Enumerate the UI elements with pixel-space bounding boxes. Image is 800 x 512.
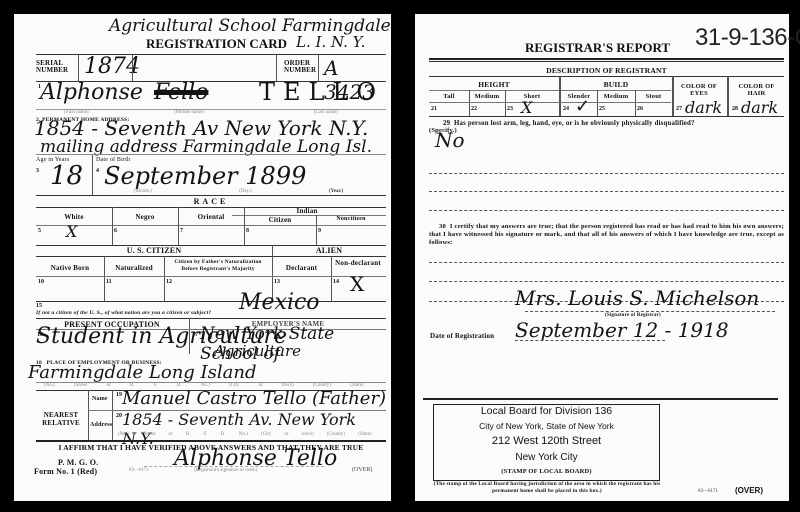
us-citizen-title: U. S. CITIZEN xyxy=(36,246,272,255)
stamp-line5: (STAMP OF LOCAL BOARD) xyxy=(434,468,659,475)
relative-address-label: Address xyxy=(90,422,112,428)
stamp-line3: 212 West 120th Street xyxy=(434,435,659,447)
registrar-signature: Mrs. Louis S. Michelson xyxy=(515,286,759,310)
non-declarant-label: Non-declarant xyxy=(333,259,383,267)
build-stout-label: Stout xyxy=(635,93,672,100)
field-num: 22 xyxy=(471,106,477,112)
field-num: 7 xyxy=(180,228,183,234)
field-num: 6 xyxy=(114,228,117,234)
day-caption: (Day.) xyxy=(239,189,252,194)
registrars-report-back: 31-9-136-C REGISTRAR'S REPORT DESCRIPTIO… xyxy=(415,14,789,501)
native-born-label: Native Born xyxy=(36,264,104,272)
relative-address-caption: (No.) (Street or R. F. D. No.) (City or … xyxy=(118,432,372,437)
build-slender-mark: ✓ xyxy=(575,96,590,117)
date-of-registration-label: Date of Registration xyxy=(430,332,494,340)
race-negro-label: Negro xyxy=(112,213,178,221)
signature-caption: (Registrant's signature or mark) xyxy=(194,468,257,473)
field-num: 23 xyxy=(507,106,513,112)
middle-name-caption: (Middle name) xyxy=(174,110,204,115)
field-num: 27 xyxy=(676,106,682,112)
race-white-mark: X xyxy=(66,222,77,241)
pmgo-label: P. M. G. O. xyxy=(58,458,98,467)
height-tall-label: Tall xyxy=(429,93,469,100)
height-short-mark: X xyxy=(521,98,532,117)
card-title: REGISTRATION CARD xyxy=(146,36,287,52)
field-num: 13 xyxy=(274,279,280,285)
field-num: 10 xyxy=(38,279,44,285)
place-value: Farmingdale Long Island xyxy=(28,362,257,383)
case-number: 31-9-136-C xyxy=(695,24,800,52)
relative-name-value: Manuel Castro Tello (Father) xyxy=(122,388,386,409)
nearest-relative-label: NEAREST RELATIVE xyxy=(36,411,86,427)
last-name: TELLO xyxy=(259,78,384,106)
relative-name-label: Name xyxy=(92,396,108,402)
alien-title: ALIEN xyxy=(272,246,386,255)
eyes-title: COLOR OF EYES xyxy=(673,83,725,97)
field-num: 9 xyxy=(318,228,321,234)
field-num: 4 xyxy=(96,168,99,174)
hair-title: COLOR OF HAIR xyxy=(729,83,784,97)
field-num: 15 xyxy=(36,303,42,309)
non-declarant-mark: X xyxy=(350,272,364,296)
height-medium-label: Medium xyxy=(469,93,505,100)
local-board-stamp: Local Board for Division 136 City of New… xyxy=(433,404,660,481)
form-code: #2—6171 xyxy=(129,468,149,473)
field-num: 25 xyxy=(599,106,605,112)
hair-color-value: dark xyxy=(741,98,778,117)
race-indian-citizen-label: Citizen xyxy=(244,216,316,224)
registration-card-front: Agricultural School Farmingdale REGISTRA… xyxy=(14,14,391,501)
month-caption: (Month.) xyxy=(134,189,152,194)
field-num: 5 xyxy=(38,228,41,234)
nation-value: Mexico xyxy=(239,290,320,315)
front-over-label: (OVER) xyxy=(352,467,372,473)
race-oriental-label: Oriental xyxy=(178,213,244,221)
race-title: RACE xyxy=(36,197,386,206)
eye-color-value: dark xyxy=(685,98,722,117)
title-annotation: L. I. N. Y. xyxy=(296,33,365,51)
field-num: 17 xyxy=(192,332,198,338)
first-name-caption: (First name) xyxy=(64,110,89,115)
report-title: REGISTRAR'S REPORT xyxy=(525,40,670,56)
first-name: Alphonse xyxy=(40,80,143,105)
field-num: 8 xyxy=(246,228,249,234)
serial-label: SERIAL NUMBER xyxy=(36,60,76,74)
middle-name-struck: Fello xyxy=(154,80,208,105)
declarant-label: Declarant xyxy=(272,264,331,272)
field-num: 21 xyxy=(431,106,437,112)
stamp-note: (The stamp of the Local Board having jur… xyxy=(433,481,661,495)
form-number-label: Form No. 1 (Red) xyxy=(34,467,97,476)
build-medium-label: Medium xyxy=(597,93,635,100)
naturalized-label: Naturalized xyxy=(104,264,164,272)
q30-certification: 30 I certify that my answers are true; t… xyxy=(429,223,784,247)
q29-answer: No xyxy=(435,128,465,152)
employer-value-line2: Agriculture xyxy=(214,342,301,360)
field-num: 26 xyxy=(637,106,643,112)
dob-value: September 1899 xyxy=(104,162,306,190)
description-title: DESCRIPTION OF REGISTRANT xyxy=(429,66,784,75)
field-num: 14 xyxy=(333,279,339,285)
nation-question: If not a citizen of the U. S., of what n… xyxy=(36,310,211,316)
age-value: 18 xyxy=(50,161,83,191)
field-num: 3 xyxy=(36,168,39,174)
back-form-code: #3—6171 xyxy=(698,489,718,494)
citizen-by-father-label: Citizen by Father's Naturalization Befor… xyxy=(166,259,270,273)
year-caption: (Year.) xyxy=(329,189,343,194)
last-name-caption: (Last name) xyxy=(314,110,338,115)
stamp-line4: New York City xyxy=(434,452,659,463)
race-white-label: White xyxy=(36,213,112,221)
field-num: 24 xyxy=(563,106,569,112)
field-num: 11 xyxy=(106,279,112,285)
order-label: ORDER NUMBER xyxy=(284,60,320,74)
height-title: HEIGHT xyxy=(429,80,559,89)
back-over-label: (OVER) xyxy=(735,486,763,495)
date-of-registration-value: September 12 - 1918 xyxy=(515,318,729,342)
field-num: 28 xyxy=(732,106,738,112)
build-title: BUILD xyxy=(561,80,671,89)
race-indian-noncitizen-label: Noncitizen xyxy=(316,216,386,222)
stamp-line1: Local Board for Division 136 xyxy=(434,405,659,417)
stamp-line2: City of New York, State of New York xyxy=(434,421,659,431)
race-indian-label: Indian xyxy=(232,207,382,215)
field-num: 12 xyxy=(166,279,172,285)
q29-text: 29 Has person lost arm, leg, hand, eye, … xyxy=(443,120,695,127)
